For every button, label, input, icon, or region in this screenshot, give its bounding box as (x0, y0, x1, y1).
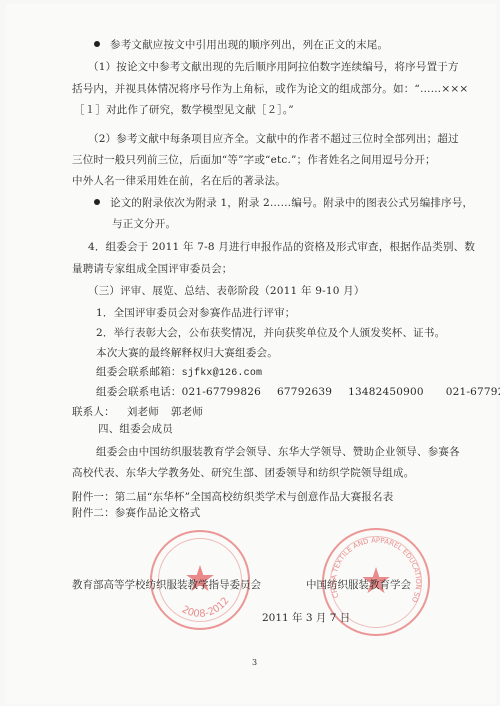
paragraph-line: 中外人名一律采用姓在前，名在后的著录法。 (72, 174, 286, 188)
paragraph-line: 本次大赛的最终解释权归大赛组委会。 (96, 346, 278, 360)
signature-left: 教育部高等学校纺织服装教学指导委员会 (72, 577, 261, 592)
signature-date: 2011 年 3 月 7 日 (262, 610, 350, 625)
paragraph-line: 组委会由中国纺织服装教育学会领导、东华大学领导、赞助企业领导、参赛各 (96, 445, 460, 459)
paragraph-line: 三位时一般只列前三位，后面加“等”字或“etc.”；作者姓名之间用逗号分开； (72, 153, 436, 167)
attachment-1: 附件一：第二届“东华杯”全国高校纺织类学术与创意作品大赛报名表 (72, 490, 393, 504)
contact-name: 刘老师 (127, 406, 159, 418)
signature-right: 中国纺织服装教育学会 (306, 577, 411, 592)
label: 组委会联系邮箱： (96, 366, 182, 378)
label: 组委会联系电话： (96, 386, 182, 398)
label: 联系人： (72, 406, 115, 418)
svg-text:CHINA TEXTILE AND APPAREL EDUC: CHINA TEXTILE AND APPAREL EDUCATION SOCI… (324, 530, 422, 604)
phone-number: 67792639 (277, 386, 332, 398)
contact-phone-line: 组委会联系电话：021-6779982667792639134824509000… (96, 385, 500, 399)
contact-name: 郭老师 (171, 406, 203, 418)
email-link[interactable]: sjfkx@126.com (182, 368, 263, 379)
bullet-icon (94, 41, 100, 47)
paragraph-line: 2．举行表彰大会，公布获奖情况，并向获奖单位及个人颁发奖杯、证书。 (96, 326, 445, 340)
phone-number: 021-67799826 (182, 386, 261, 398)
paragraph-line: 括号内，并视具体情况将序号作为上角标，或作为论文的组成部分。如：“……××× (72, 82, 468, 96)
contact-email-line: 组委会联系邮箱：sjfkx@126.com (96, 365, 262, 381)
paragraph-line: 1．全国评审委员会对参赛作品进行评审； (96, 306, 295, 320)
paragraph-line: （2）参考文献中每条项目应齐全。文献中的作者不超过三位时全部列出；超过 (88, 132, 459, 146)
bullet-icon (94, 199, 100, 205)
section-heading: 四、组委会成员 (98, 422, 173, 436)
attachment-2: 附件二：参赛作品论文格式 (72, 506, 200, 520)
paragraph-line: 高校代表、东华大学教务处、研究生部、团委领导和纺织学院领导组成。 (72, 466, 414, 480)
bullet-appendix: 论文的附录依次为附录 1，附录 2……编号。附录中的图表公式另编排序号， (94, 196, 473, 210)
paragraph-line: 4．组委会于 2011 年 7-8 月进行申报作品的资格及形式审查，根据作品类别… (88, 240, 475, 254)
contact-person-line: 联系人：刘老师郭老师 (72, 405, 203, 419)
paragraph-line: （1）按论文中参考文献出现的先后顺序用阿拉伯数字连续编号，将序号置于方 (88, 60, 459, 74)
phone-number: 021-67792630 (446, 386, 500, 398)
paragraph-line: 量聘请专家组成全国评审委员会； (72, 262, 233, 276)
document-page: 参考文献应按文中引用出现的顺序列出，列在正文的末尾。 （1）按论文中参考文献出现… (6, 4, 496, 704)
text: 论文的附录依次为附录 1，附录 2……编号。附录中的图表公式另编排序号， (110, 197, 473, 209)
paragraph-line: ［１］对此作了研究，数学模型见文献［２］。” (74, 103, 294, 117)
svg-text:2008-2012: 2008-2012 (180, 596, 232, 620)
page-number: 3 (252, 658, 257, 667)
paragraph-line: 与正文分开。 (112, 217, 176, 231)
bullet-references-order: 参考文献应按文中引用出现的顺序列出，列在正文的末尾。 (94, 38, 388, 52)
text: 参考文献应按文中引用出现的顺序列出，列在正文的末尾。 (110, 39, 388, 51)
phone-number: 13482450900 (348, 386, 424, 398)
section-heading: （三）评审、展览、总结、表彰阶段（2011 年 9-10 月） (88, 284, 365, 298)
